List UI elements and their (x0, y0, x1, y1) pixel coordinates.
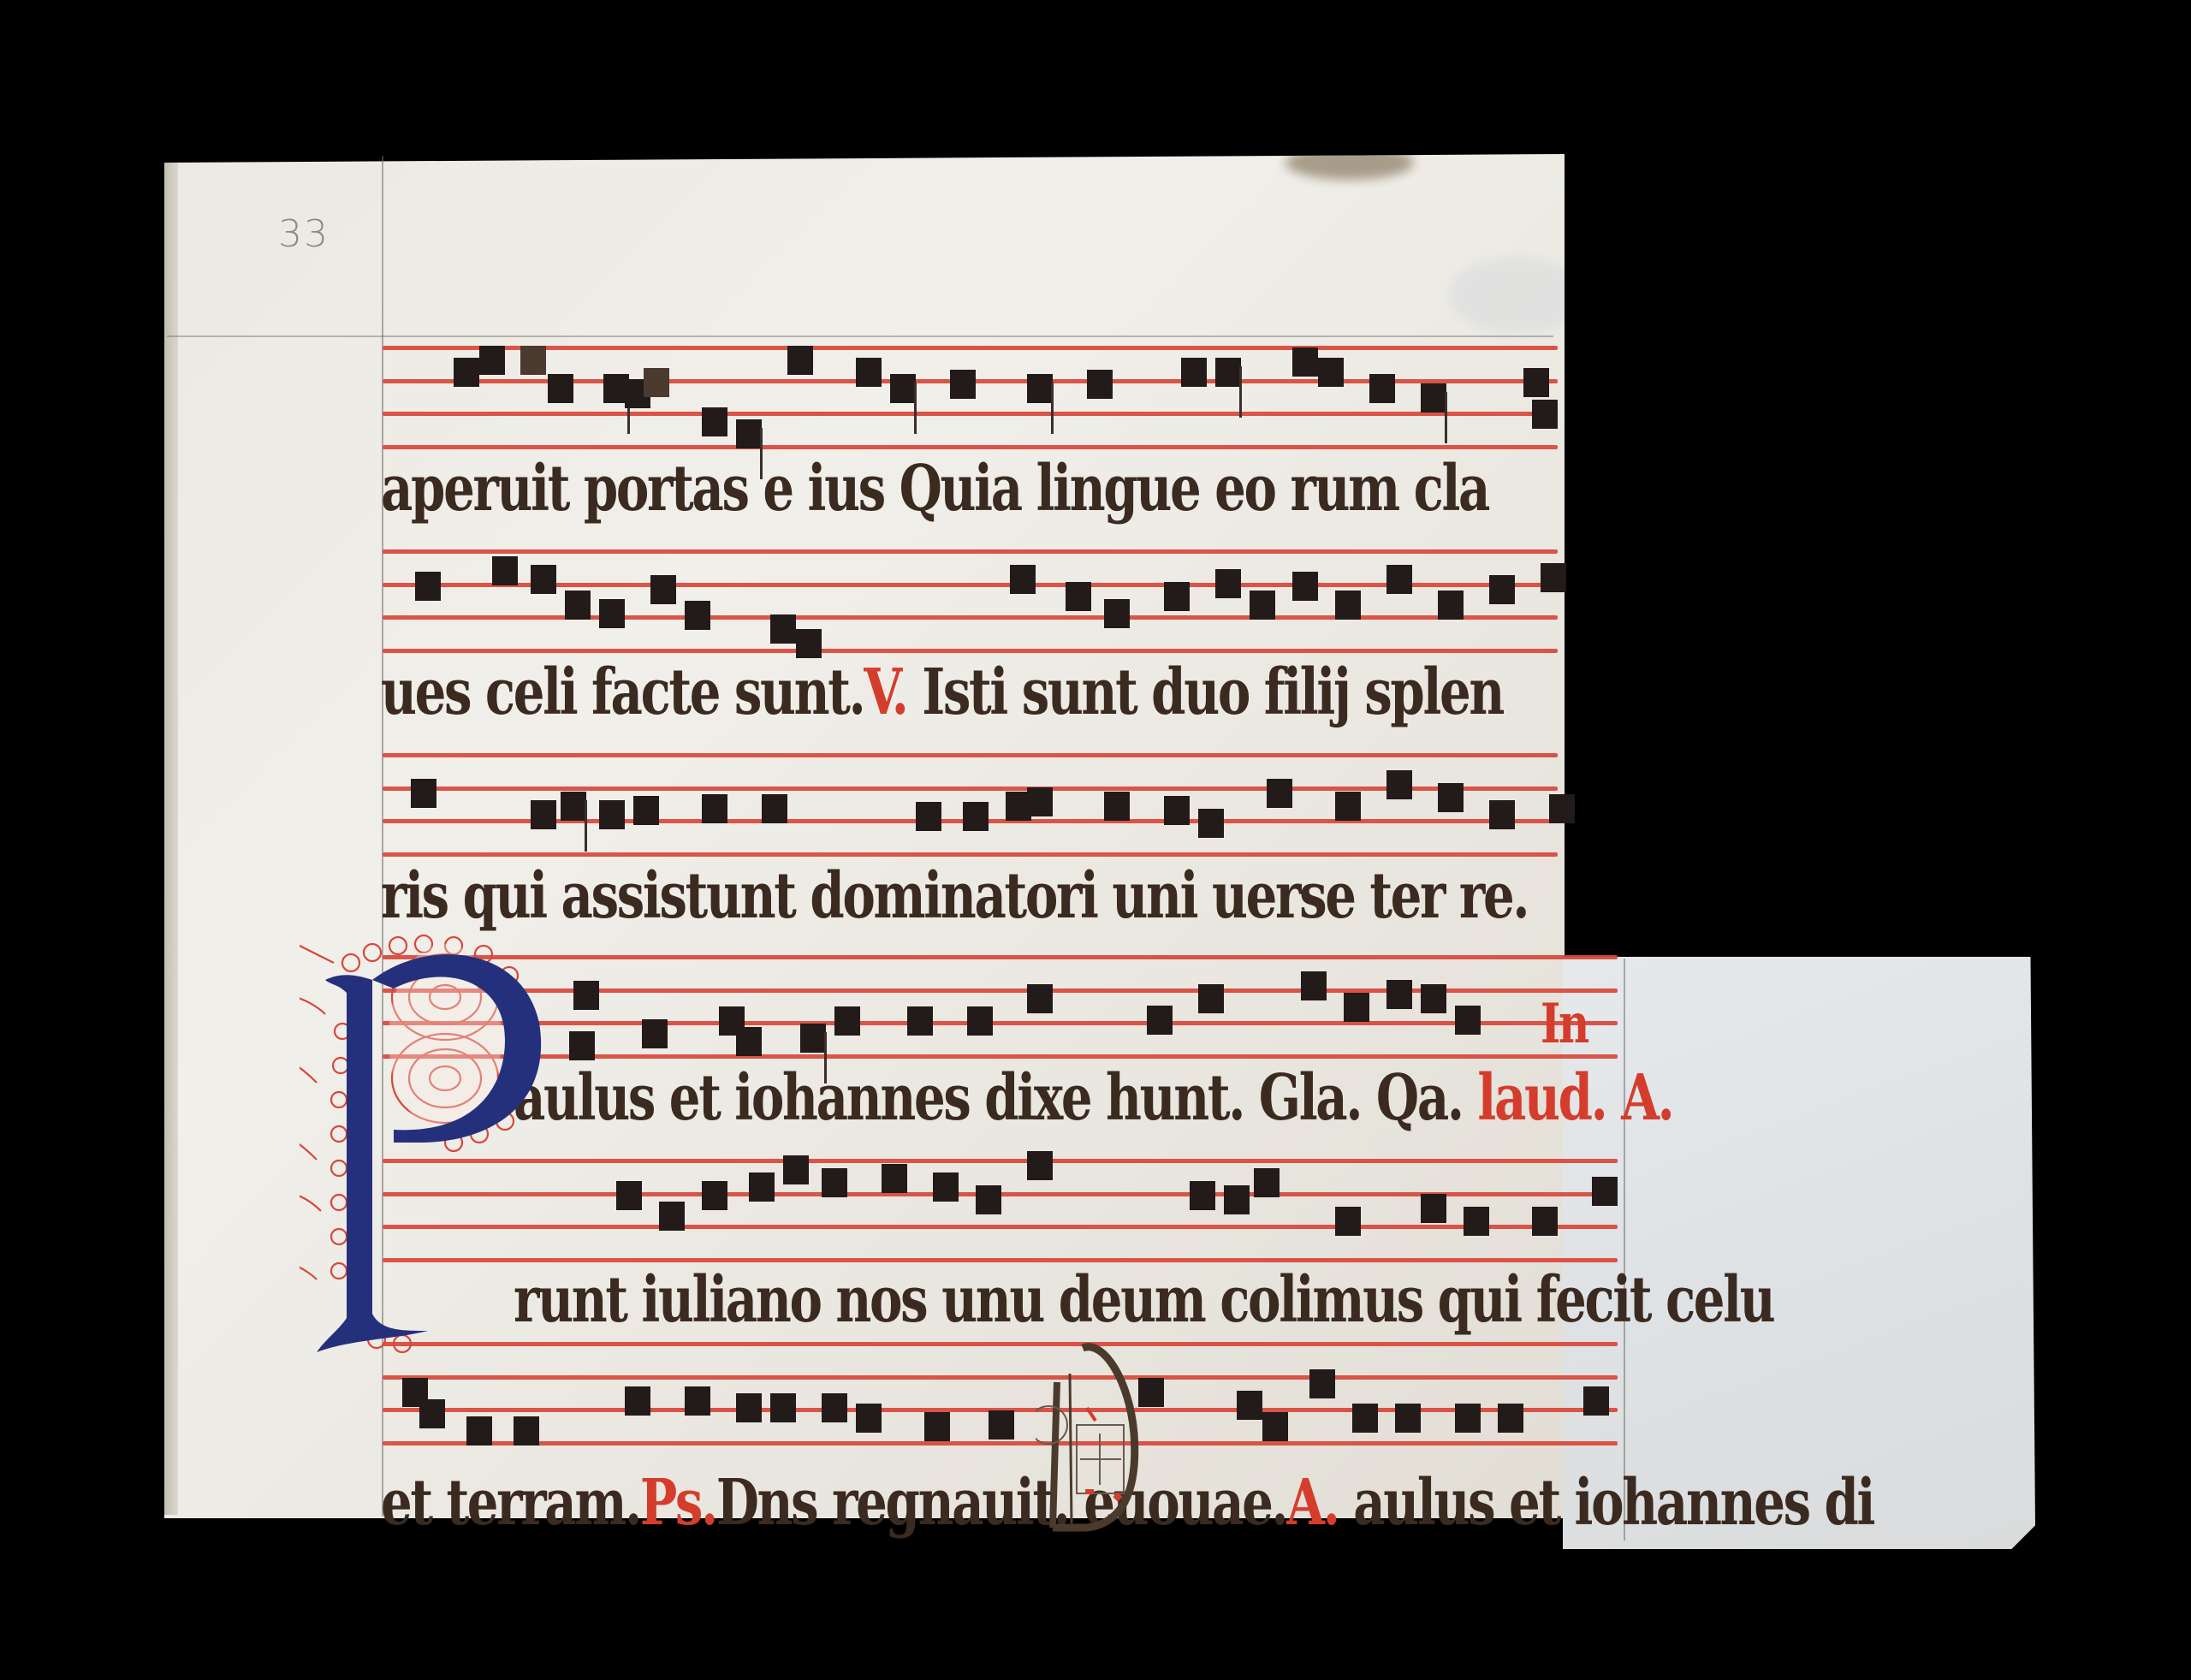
stain-top (1286, 145, 1414, 180)
staff-line (383, 1441, 1618, 1446)
neume-note-icon (1335, 792, 1361, 821)
neume-note-icon (625, 1386, 650, 1416)
neume-note-icon (1254, 1168, 1280, 1197)
neume-note-icon (1087, 370, 1113, 399)
neume-note-icon (916, 802, 941, 831)
neume-note-icon (1198, 984, 1224, 1013)
lyric-text: et terram. (381, 1466, 640, 1540)
neume-note-icon (1292, 572, 1318, 601)
neume-note-icon (1010, 565, 1036, 594)
neume-note-icon (1592, 1177, 1618, 1206)
neume-note-icon (419, 1399, 445, 1428)
neume-note-icon (1198, 809, 1224, 838)
note-stem (1051, 383, 1054, 434)
neume-note-icon (1215, 358, 1241, 387)
rubric-text: V. (864, 656, 906, 729)
lyric-text: ues celi facte sunt. (381, 656, 864, 729)
neume-note-icon (702, 794, 727, 823)
neume-note-icon (1498, 1404, 1523, 1433)
neume-note-icon (1455, 1404, 1481, 1433)
neume-note-icon (1352, 1404, 1378, 1433)
neume-note-icon (1541, 563, 1566, 592)
neume-note-icon (1237, 1391, 1262, 1420)
lyric-text: aperuit portas e ius Quia lingue eo (381, 452, 1275, 525)
neume-note-icon (531, 800, 556, 829)
neume-note-icon (1489, 800, 1515, 829)
neume-note-icon (569, 1031, 595, 1060)
staff-line (383, 787, 1558, 791)
lyric-text: ris qui assistunt dominatori uni uerse t… (381, 859, 1528, 933)
neume-note-icon (800, 1024, 826, 1053)
neume-note-icon (736, 1393, 762, 1422)
neume-note-icon (616, 1181, 642, 1210)
staff-line (383, 1258, 1618, 1262)
ruling-vertical-right (1624, 959, 1625, 1540)
staff-line (383, 753, 1558, 757)
neume-note-icon (599, 599, 625, 628)
neume-note-icon (531, 565, 556, 594)
neume-note-icon (783, 1155, 809, 1184)
staff-line (383, 1375, 1618, 1380)
neume-note-icon (1027, 787, 1053, 816)
neume-note-icon (933, 1172, 959, 1202)
neume-note-icon (770, 1393, 796, 1422)
neume-note-icon (642, 1019, 668, 1048)
illuminated-initial-p-icon (300, 929, 548, 1365)
chant-text-line: ues celi facte sunt.V. Isti sunt duo fil… (381, 661, 1503, 724)
neume-note-icon (479, 346, 505, 375)
neume-note-icon (796, 629, 822, 658)
neume-note-icon (520, 346, 546, 375)
neume-note-icon (967, 1006, 993, 1036)
staff-line (383, 445, 1558, 449)
staff-line (383, 549, 1558, 554)
neume-note-icon (565, 591, 591, 620)
lyric-text: aulus et iohannes di (1338, 1466, 1873, 1540)
neume-note-icon (1215, 569, 1241, 598)
lyric-text: aulus et iohannes dixe hunt. Gla. Qa. (514, 1061, 1463, 1135)
neume-note-icon (1309, 1369, 1335, 1398)
neume-note-icon (770, 614, 796, 644)
note-stem (1445, 392, 1447, 443)
neume-note-icon (856, 358, 882, 387)
neume-note-icon (1583, 1386, 1609, 1416)
neume-note-icon (736, 1027, 762, 1056)
neume-note-icon (1455, 1006, 1481, 1035)
neume-note-icon (650, 575, 676, 604)
rubric-text: A. (1286, 1466, 1338, 1540)
note-stem (760, 428, 763, 479)
neume-note-icon (685, 601, 710, 630)
neume-note-icon (1386, 770, 1412, 799)
lyric-text: Isti sunt duo filij splen (906, 656, 1503, 729)
note-stem (1239, 366, 1242, 418)
music-staff (383, 549, 1558, 652)
neume-note-icon (882, 1164, 907, 1193)
staff-line (383, 1054, 1618, 1059)
neume-note-icon (749, 1172, 775, 1202)
neume-note-icon (633, 796, 659, 825)
staff-line (383, 1225, 1618, 1229)
neume-note-icon (1190, 1181, 1215, 1210)
neume-note-icon (492, 556, 518, 585)
folio-number: 33 (278, 212, 330, 256)
neume-note-icon (736, 419, 762, 448)
neume-note-icon (976, 1185, 1001, 1214)
neume-note-icon (1104, 599, 1130, 628)
neume-note-icon (762, 794, 787, 823)
neume-note-icon (907, 1006, 933, 1036)
neume-note-icon (834, 1006, 860, 1036)
neume-note-icon (411, 779, 436, 808)
neume-note-icon (822, 1393, 847, 1422)
neume-note-icon (1395, 1404, 1421, 1433)
neume-note-icon (1138, 1378, 1164, 1407)
note-stem (585, 800, 587, 852)
neume-note-icon (989, 1410, 1014, 1440)
ruling-top (167, 335, 1553, 337)
neume-note-icon (561, 792, 586, 821)
neume-note-icon (1489, 575, 1515, 604)
neume-note-icon (659, 1202, 685, 1231)
neume-note-icon (415, 572, 441, 601)
neume-note-icon (1267, 779, 1292, 808)
neume-note-icon (1224, 1185, 1250, 1214)
neume-note-icon (1464, 1207, 1489, 1236)
note-stem (914, 383, 917, 434)
neume-note-icon (890, 374, 916, 403)
neume-note-icon (1301, 971, 1327, 1000)
neume-note-icon (1164, 796, 1190, 825)
neume-note-icon (573, 981, 599, 1010)
neume-note-icon (1027, 1151, 1053, 1180)
neume-note-icon (963, 802, 989, 831)
neume-note-icon (702, 1181, 727, 1210)
neume-note-icon (856, 1404, 882, 1433)
neume-note-icon (1250, 591, 1275, 620)
neume-note-icon (466, 1416, 492, 1446)
neume-note-icon (924, 1412, 950, 1441)
chant-text-line: aulus et iohannes dixe hunt. Gla. Qa. la… (514, 1066, 1672, 1130)
neume-note-icon (1344, 993, 1369, 1022)
smudge (1448, 257, 1585, 334)
staff-line (383, 615, 1558, 620)
neume-note-icon (1532, 400, 1558, 429)
lyric-text: runt iuliano nos unu deum colimus qui fe… (514, 1263, 1773, 1337)
staff-line (383, 955, 1618, 959)
neume-note-icon (1369, 374, 1395, 403)
neume-note-icon (1438, 591, 1464, 620)
neume-note-icon (514, 1416, 539, 1446)
staff-line (383, 1159, 1618, 1163)
manuscript-photo: 33 aperuit portas e ius Quia lingue eo r… (0, 0, 2191, 1680)
neume-note-icon (1262, 1412, 1288, 1441)
chant-text-line: runt iuliano nos unu deum colimus qui fe… (514, 1268, 1773, 1332)
neume-note-icon (644, 368, 669, 397)
neume-note-icon (1421, 383, 1446, 413)
neume-note-icon (1181, 358, 1207, 387)
chant-text-line: aperuit portas e ius Quia lingue eo rum … (381, 457, 1488, 520)
neume-note-icon (1027, 984, 1053, 1013)
staff-line (383, 583, 1558, 587)
chant-text-line: ris qui assistunt dominatori uni uerse t… (381, 864, 1528, 928)
staff-line (383, 412, 1558, 416)
staff-line (383, 346, 1558, 350)
neume-note-icon (702, 407, 727, 436)
neume-note-icon (1147, 1006, 1173, 1035)
neume-note-icon (1292, 347, 1318, 377)
neume-note-icon (548, 374, 573, 403)
neume-note-icon (454, 358, 479, 387)
staff-line (383, 1342, 1618, 1346)
lyric-text: Dns regnauit. euouae. (716, 1466, 1286, 1540)
neume-note-icon (1318, 358, 1344, 387)
neume-note-icon (685, 1386, 710, 1416)
note-stem (824, 1032, 827, 1083)
staff-line (383, 852, 1558, 857)
parchment-flap (1563, 957, 2035, 1549)
rubric-in-label: In (1541, 997, 1588, 1052)
rubric-text: laud. A. (1463, 1061, 1673, 1135)
staff-line (383, 649, 1558, 653)
neume-note-icon (1421, 1194, 1446, 1223)
staff-line (383, 1021, 1618, 1025)
neume-note-icon (1523, 368, 1549, 397)
neume-note-icon (1104, 792, 1130, 821)
cadel-initial-icon (1036, 1331, 1155, 1532)
binding-edge (164, 163, 178, 1515)
neume-note-icon (1066, 582, 1091, 611)
neume-note-icon (1532, 1207, 1558, 1236)
neume-note-icon (1386, 565, 1412, 594)
neume-note-icon (1438, 783, 1464, 812)
neume-note-icon (1027, 374, 1053, 403)
rubric-text: Ps. (640, 1466, 716, 1540)
neume-note-icon (787, 346, 813, 375)
neume-note-icon (950, 370, 976, 399)
neume-note-icon (1421, 984, 1446, 1013)
neume-note-icon (599, 800, 625, 829)
neume-note-icon (1335, 591, 1361, 620)
neume-note-icon (1335, 1207, 1361, 1236)
neume-note-icon (1164, 582, 1190, 611)
neume-note-icon (1386, 980, 1412, 1009)
lyric-text: rum cla (1275, 452, 1488, 525)
neume-note-icon (822, 1168, 847, 1197)
neume-note-icon (1549, 794, 1575, 823)
